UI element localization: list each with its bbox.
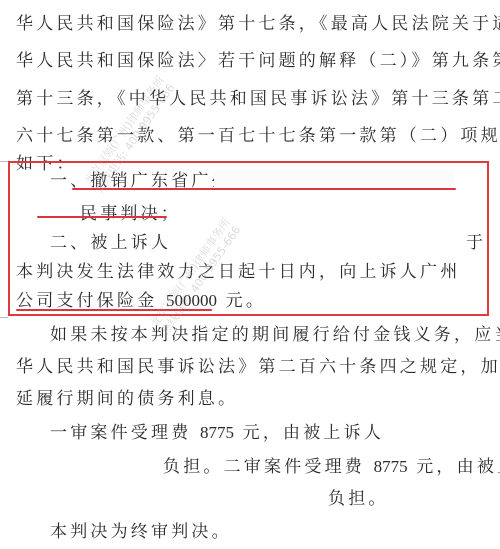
final-statement: 本判决为终审判决。 [50, 521, 232, 543]
underline-annotation [72, 188, 456, 190]
interest-line-2: 华人民共和国民事诉讼法》第二百六十条四之规定，加倍支付迟 [16, 356, 500, 378]
statute-line-1: 华人民共和国保险法》第十七条，《最高人民法院关于适用〈中 [16, 13, 500, 35]
fees-line-2: 负担。二审案件受理费 8775 元，由被上诉人 [163, 456, 500, 478]
underline-annotation [16, 309, 212, 311]
fees-party: 元，由被上诉人 [234, 423, 384, 443]
interest-line-3: 延履行期间的债务利息。 [16, 388, 238, 410]
first-instance-fee: 8775 [200, 423, 234, 442]
fees-party: 元，由被上诉人 [408, 457, 500, 477]
statute-line-2: 华人民共和国保险法〉若干问题的解释（二）》第九条第一款、 [16, 50, 500, 72]
judgment-item-2-line-2: 本判决发生法律效力之日起十日内，向上诉人广州 [16, 261, 460, 283]
statute-line-4: 六十七条第一款、第一百七十七条第一款第（二）项规定，判决 [16, 125, 500, 147]
judgment-item-2-line-1: 二、被上诉人 [50, 232, 171, 254]
fees-label: 负担。二审案件受理费 [163, 457, 374, 477]
underline-annotation [37, 216, 167, 218]
redacted-region [214, 170, 454, 190]
page-edge-marker [0, 161, 8, 318]
currency-unit: 元。 [217, 291, 266, 311]
payment-text: 公司支付保险金 [16, 291, 166, 311]
insurance-amount: 500000 [166, 291, 217, 310]
statute-line-3: 第十三条，《中华人民共和国民事诉讼法》第十三条第二款、第 [16, 88, 500, 110]
judgment-item-1-line-2: 民事判决； [80, 203, 181, 225]
fees-label: 一审案件受理费 [50, 423, 200, 443]
fees-line-3: 负担。 [328, 488, 389, 510]
second-instance-fee: 8775 [374, 457, 408, 476]
judgment-item-2-line-1-tail: 于 [466, 232, 486, 254]
interest-line-1: 如果未按本判决指定的期间履行给付金钱义务，应当依照《中 [50, 324, 500, 346]
judgment-document-page: 华人民共和国保险法》第十七条，《最高人民法院关于适用〈中 华人民共和国保险法〉若… [0, 0, 500, 549]
fees-line-1: 一审案件受理费 8775 元，由被上诉人 [50, 422, 384, 444]
